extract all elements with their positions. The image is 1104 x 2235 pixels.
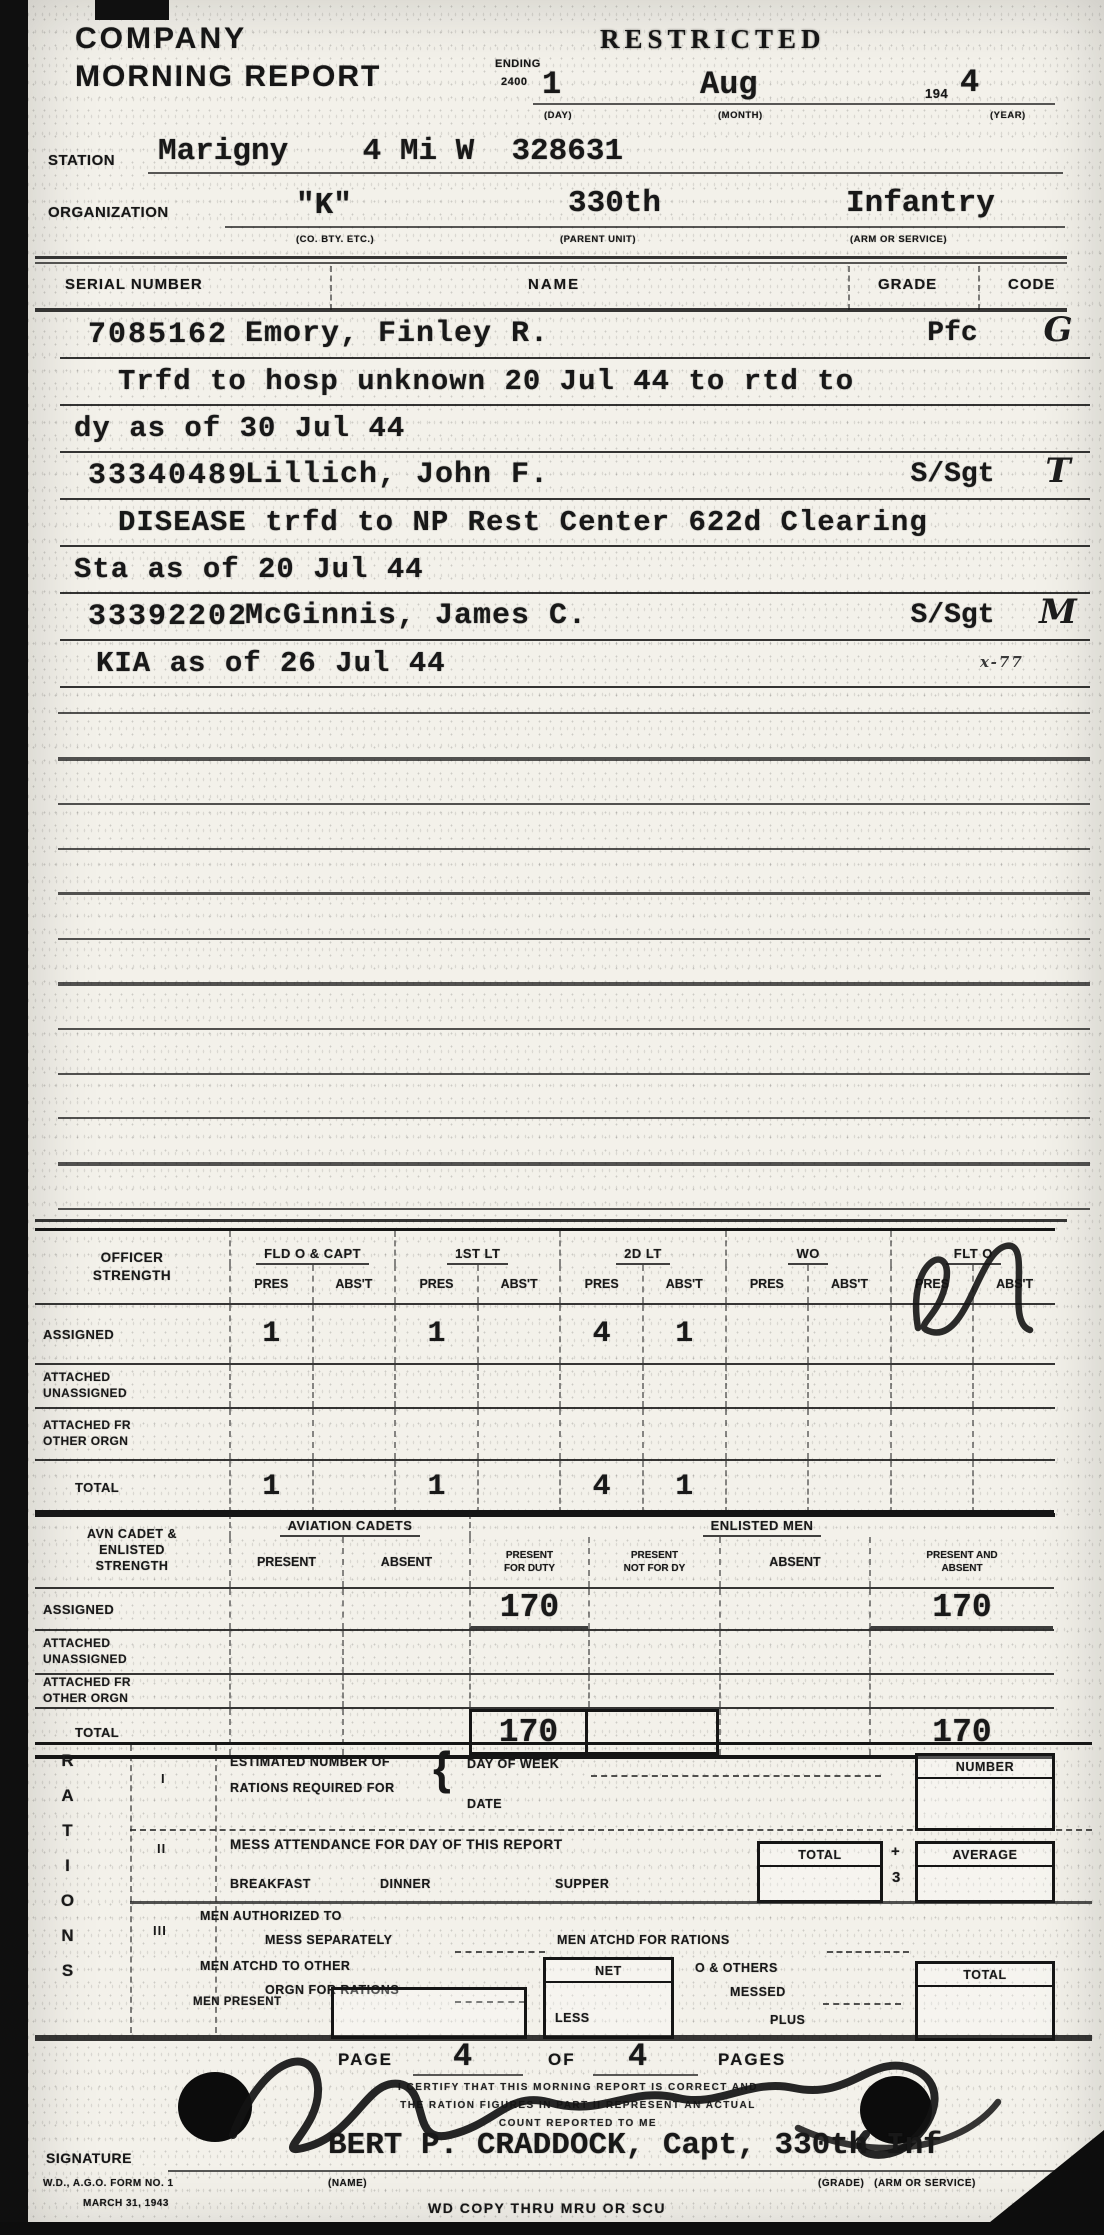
group-wo: WO	[788, 1246, 827, 1265]
group-enlisted-men: ENLISTED MEN	[703, 1518, 822, 1537]
signature-label: SIGNATURE	[46, 2150, 132, 2166]
roster: 7085162 Emory, Finley R. Pfc G Trfd to h…	[60, 312, 1090, 688]
code-handwritten: M	[1018, 592, 1098, 632]
plus-label: PLUS	[770, 2013, 805, 2027]
ending-label-line1: ENDING	[495, 58, 541, 70]
men-authorized-line1: MEN AUTHORIZED TO	[200, 1909, 342, 1923]
column-divider	[848, 266, 850, 310]
column-header-code: CODE	[1008, 276, 1055, 293]
code-handwritten: G	[1018, 310, 1098, 350]
group-aviation-cadets: AVIATION CADETS	[280, 1518, 421, 1537]
officer-row-attached-unassigned: ATTACHED UNASSIGNED	[35, 1363, 1055, 1407]
scan-artifact-tab	[95, 0, 169, 20]
subheader-present-and-absent: PRESENT AND ABSENT	[869, 1537, 1053, 1587]
remark-text: dy as of 30 Jul 44	[74, 412, 405, 445]
remark-text: DISEASE trfd to NP Rest Center 622d Clea…	[118, 506, 928, 539]
remark-text: Sta as of 20 Jul 44	[74, 553, 424, 586]
men-authorized-line2: MESS SEPARATELY	[265, 1933, 392, 1947]
divider	[35, 262, 1067, 264]
organization-company: "K"	[296, 188, 352, 223]
roster-remark-row: dy as of 30 Jul 44	[60, 406, 1090, 453]
subheader-absent: ABSENT	[719, 1537, 869, 1587]
group-fld-o-capt: FLD O & CAPT	[256, 1246, 369, 1265]
organization-label: ORGANIZATION	[48, 204, 169, 221]
grade-arm-sublabel: (GRADE) (ARM OR SERVICE)	[818, 2178, 976, 2189]
day-sublabel: (DAY)	[544, 110, 572, 121]
subheader-abst: ABS'T	[312, 1265, 395, 1303]
serial-number: 33392202	[88, 600, 248, 634]
blank-ruled-lines	[58, 670, 1090, 1210]
divider	[35, 1219, 1067, 1222]
soldier-name: Emory, Finley R.	[245, 317, 549, 351]
report-year: 4	[960, 64, 979, 101]
form-title-line2: MORNING REPORT	[75, 60, 381, 94]
roster-remark-row: DISEASE trfd to NP Rest Center 622d Clea…	[60, 500, 1090, 547]
paper-sheet: COMPANY MORNING REPORT RESTRICTED ENDING…	[28, 0, 1104, 2235]
form-date: MARCH 31, 1943	[83, 2198, 169, 2209]
station-label: STATION	[48, 152, 115, 169]
scanned-morning-report: COMPANY MORNING REPORT RESTRICTED ENDING…	[0, 0, 1104, 2235]
divider	[35, 256, 1067, 259]
year-sublabel: (YEAR)	[990, 110, 1026, 121]
roster-remark-row: Sta as of 20 Jul 44	[60, 547, 1090, 594]
fill-line	[455, 1951, 545, 1953]
average-box: AVERAGE	[915, 1841, 1055, 1903]
section-divider	[130, 1829, 1092, 1831]
subheader-present: PRESENT	[229, 1537, 342, 1587]
column-divider	[978, 266, 980, 310]
roster-entry-row: 33392202 McGinnis, James C. S/Sgt M	[60, 594, 1090, 641]
rations-vertical-label: RATIONS	[57, 1751, 77, 1996]
column-divider	[215, 1745, 217, 2033]
unit-sublabel: (PARENT UNIT)	[560, 234, 636, 245]
estimated-number-line2: RATIONS REQUIRED FOR	[230, 1781, 395, 1795]
form-title-line1: COMPANY	[75, 22, 247, 56]
report-month: Aug	[700, 66, 758, 103]
less-label: LESS	[555, 2011, 590, 2025]
mess-attendance-heading: MESS ATTENDANCE FOR DAY OF THIS REPORT	[230, 1837, 563, 1852]
remark-text: Trfd to hosp unknown 20 Jul 44 to rtd to	[118, 365, 854, 398]
date-underline	[533, 103, 1055, 105]
serial-number: 33340489	[88, 459, 248, 493]
others-line2: MESSED	[730, 1985, 786, 1999]
supper-label: SUPPER	[555, 1877, 609, 1891]
column-header-name: NAME	[528, 276, 580, 293]
column-divider	[330, 266, 332, 310]
fill-line	[823, 2003, 901, 2005]
enlisted-row-assigned: ASSIGNED 170 170	[35, 1587, 1054, 1629]
divisor: 3	[892, 1869, 901, 1886]
grade-value: Pfc	[890, 318, 1015, 349]
subheader-pres: PRES	[394, 1265, 477, 1303]
month-sublabel: (MONTH)	[718, 110, 763, 121]
scan-artifact-bottom-bar	[0, 2222, 1104, 2235]
company-sublabel: (CO. BTY. ETC.)	[296, 234, 374, 245]
section-divider	[130, 1901, 1092, 1904]
enlisted-row-attached-unassigned: ATTACHED UNASSIGNED	[35, 1629, 1054, 1673]
arm-sublabel: (ARM OR SERVICE)	[850, 234, 947, 245]
roster-remark-row: Trfd to hosp unknown 20 Jul 44 to rtd to	[60, 359, 1090, 406]
group-2d-lt: 2D LT	[616, 1246, 670, 1265]
year-prefix: 194	[925, 86, 948, 101]
total-box-2: TOTAL	[915, 1961, 1055, 2041]
name-sublabel: (NAME)	[328, 2178, 367, 2189]
dinner-label: DINNER	[380, 1877, 431, 1891]
total-box: TOTAL	[757, 1841, 883, 1903]
station-value: Marigny 4 Mi W 328631	[158, 134, 623, 169]
enlisted-row-attached-fr-other: ATTACHED FR OTHER ORGN	[35, 1673, 1054, 1707]
copy-note: WD COPY THRU MRU OR SCU	[428, 2200, 666, 2216]
grade-value: S/Sgt	[890, 459, 1015, 490]
soldier-name: Lillich, John F.	[245, 458, 549, 492]
number-box: NUMBER	[915, 1753, 1055, 1831]
men-present-label: MEN PRESENT	[193, 1995, 255, 2010]
rations-section: RATIONS I II III ESTIMATED NUMBER OF RAT…	[35, 1742, 1092, 2043]
column-divider	[130, 1745, 132, 2033]
fill-line	[591, 1775, 881, 1777]
net-box: NET	[543, 1957, 674, 2039]
subheader-absent: ABSENT	[342, 1537, 469, 1587]
date-label: DATE	[467, 1797, 502, 1811]
form-number: W.D., A.G.O. FORM NO. 1	[43, 2178, 174, 2189]
serial-number: 7085162	[88, 318, 228, 352]
soldier-name: McGinnis, James C.	[245, 599, 587, 633]
enlisted-strength-table: AVN CADET & ENLISTED STRENGTH AVIATION C…	[35, 1510, 1054, 1759]
day-of-week-label: DAY OF WEEK	[467, 1757, 559, 1771]
subheader-abst: ABS'T	[642, 1265, 725, 1303]
margin-note-handwritten: x-77	[980, 653, 1024, 671]
officer-row-total: TOTAL 1 1 41	[35, 1459, 1055, 1513]
subheader-pres: PRES	[559, 1265, 642, 1303]
organization-unit: 330th	[568, 186, 661, 221]
code-handwritten: T	[1018, 451, 1098, 491]
others-line1: O & OTHERS	[695, 1961, 778, 1975]
fill-line	[827, 1951, 909, 1953]
report-day: 1	[542, 66, 561, 103]
roster-entry-row: 33340489 Lillich, John F. S/Sgt T	[60, 453, 1090, 500]
organization-underline	[225, 226, 1065, 228]
enlisted-strength-title: AVN CADET & ENLISTED STRENGTH	[35, 1513, 229, 1587]
subheader-pres: PRES	[725, 1265, 808, 1303]
group-1st-lt: 1ST LT	[447, 1246, 508, 1265]
officer-row-attached-fr-other: ATTACHED FR OTHER ORGN	[35, 1407, 1055, 1459]
subheader-present-for-duty: PRESENT FOR DUTY	[469, 1537, 588, 1587]
brace: {	[433, 1741, 451, 1795]
subheader-pres: PRES	[229, 1265, 312, 1303]
signed-name-typed: BERT P. CRADDOCK, Capt, 330th Inf	[328, 2128, 942, 2163]
officer-strength-title: OFFICER STRENGTH	[35, 1231, 229, 1303]
column-header-serial: SERIAL NUMBER	[65, 276, 203, 293]
organization-arm: Infantry	[846, 186, 995, 221]
handwritten-scribble	[896, 1230, 1056, 1345]
subheader-present-not-for-dy: PRESENT NOT FOR DY	[588, 1537, 719, 1587]
divide-sign: +	[891, 1843, 900, 1860]
men-atchd-other-line1: MEN ATCHD TO OTHER	[200, 1959, 350, 1973]
column-header-grade: GRADE	[878, 276, 937, 293]
estimated-number-line1: ESTIMATED NUMBER OF	[230, 1755, 390, 1769]
signature-underline	[168, 2170, 1058, 2172]
ending-label-line2: 2400	[501, 76, 527, 88]
section-numeral-1: I	[161, 1771, 166, 1786]
section-numeral-2: II	[157, 1841, 166, 1856]
grade-value: S/Sgt	[890, 600, 1015, 631]
subheader-abst: ABS'T	[477, 1265, 560, 1303]
section-numeral-3: III	[153, 1923, 167, 1938]
station-underline	[148, 172, 1063, 174]
roster-entry-row: 7085162 Emory, Finley R. Pfc G	[60, 312, 1090, 359]
men-atchd-for-rations: MEN ATCHD FOR RATIONS	[557, 1933, 730, 1947]
restricted-stamp: RESTRICTED	[600, 24, 826, 55]
subheader-abst: ABS'T	[807, 1265, 890, 1303]
breakfast-label: BREAKFAST	[230, 1877, 311, 1891]
